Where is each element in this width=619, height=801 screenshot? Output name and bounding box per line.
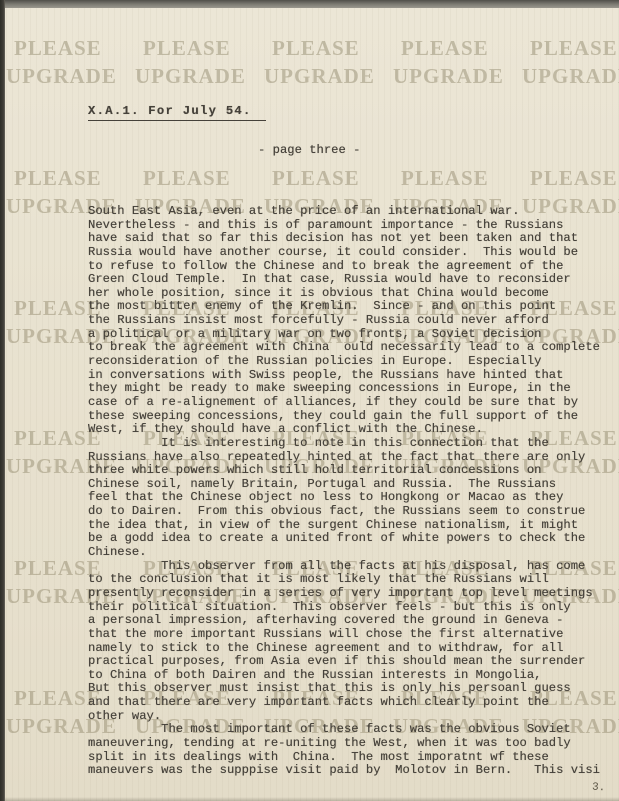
text-line: a personal impression, afterhaving cover…: [88, 614, 619, 628]
text-line: these sweeping concessions, they could g…: [88, 410, 619, 424]
text-line: The most important of these facts was th…: [88, 723, 619, 737]
text-line: This observer from all the facts at his …: [88, 560, 619, 574]
text-line: a political or a military war on two fro…: [88, 328, 619, 342]
scan-edge-bottom: [0, 797, 619, 801]
scan-edge-top: [0, 0, 619, 8]
text-line: the Russians insist most forcefully - Ru…: [88, 314, 619, 328]
text-line: three white powers which still hold terr…: [88, 464, 619, 478]
text-line: Chinese.: [88, 546, 619, 560]
scan-edge-left: [0, 0, 5, 801]
text-line: in conversations with Swiss people, the …: [88, 369, 619, 383]
text-line: feel that the Chinese object no less to …: [88, 491, 619, 505]
text-line: have said that so far this decision has …: [88, 232, 619, 246]
text-line: to China of both Dairen and the Russian …: [88, 669, 619, 683]
text-line: Chinese soil, namely Britain, Portugal a…: [88, 478, 619, 492]
text-line: her whole position, since it is obvious …: [88, 287, 619, 301]
text-line: South East Asia, even at the price of an…: [88, 205, 619, 219]
page-label: - page three -: [258, 143, 360, 157]
text-line: Green Cloud Temple. In that case, Russia…: [88, 273, 619, 287]
typewritten-content: X.A.1. For July 54. - page three - South…: [0, 0, 619, 801]
document-title: X.A.1. For July 54.: [88, 104, 266, 121]
text-line: split in its dealings with China. The mo…: [88, 751, 619, 765]
text-line: presently reconsider in a series of very…: [88, 587, 619, 601]
text-line: practical purposes, from Asia even if th…: [88, 655, 619, 669]
text-line: the most bitter enemy of the Kremlin. Si…: [88, 300, 619, 314]
text-line: be a godd idea to create a united front …: [88, 532, 619, 546]
text-line: and that there are very important facts …: [88, 696, 619, 710]
text-line: reconsideration of the Russian policies …: [88, 355, 619, 369]
text-line: to refuse to follow the Chinese and to b…: [88, 260, 619, 274]
text-line: maneuvers was the supppise visit paid by…: [88, 764, 619, 778]
scanned-document-page: PLEASEUPGRADEPLEASEUPGRADEPLEASEUPGRADEP…: [0, 0, 619, 801]
text-line: do to Dairen. From this obvious fact, th…: [88, 505, 619, 519]
text-line: they might be ready to make sweeping con…: [88, 382, 619, 396]
text-line: their political situation. This observer…: [88, 601, 619, 615]
text-line: other way.: [88, 710, 619, 724]
text-line: Russians have also repeatedly hinted at …: [88, 451, 619, 465]
text-line: West, if they should have a conflict wit…: [88, 423, 619, 437]
text-line: Russia would have another course, it cou…: [88, 246, 619, 260]
text-line: namely to stick to the Chinese agreement…: [88, 642, 619, 656]
document-body: South East Asia, even at the price of an…: [88, 205, 619, 778]
text-line: the idea that, in view of the surgent Ch…: [88, 519, 619, 533]
text-line: that the more important Russians will ch…: [88, 628, 619, 642]
text-line: Nevertheless - and this is of paramount …: [88, 219, 619, 233]
text-line: It is interesting to note in this connec…: [88, 437, 619, 451]
text-line: to the conclusion that it is most likely…: [88, 573, 619, 587]
text-line: to break the agreement with China ould n…: [88, 341, 619, 355]
text-line: case of a re-alignement of alliances, if…: [88, 396, 619, 410]
text-line: maneuvering, tending at re-uniting the W…: [88, 737, 619, 751]
text-line: But this observer must insist that this …: [88, 682, 619, 696]
page-number: 3.: [592, 782, 606, 795]
